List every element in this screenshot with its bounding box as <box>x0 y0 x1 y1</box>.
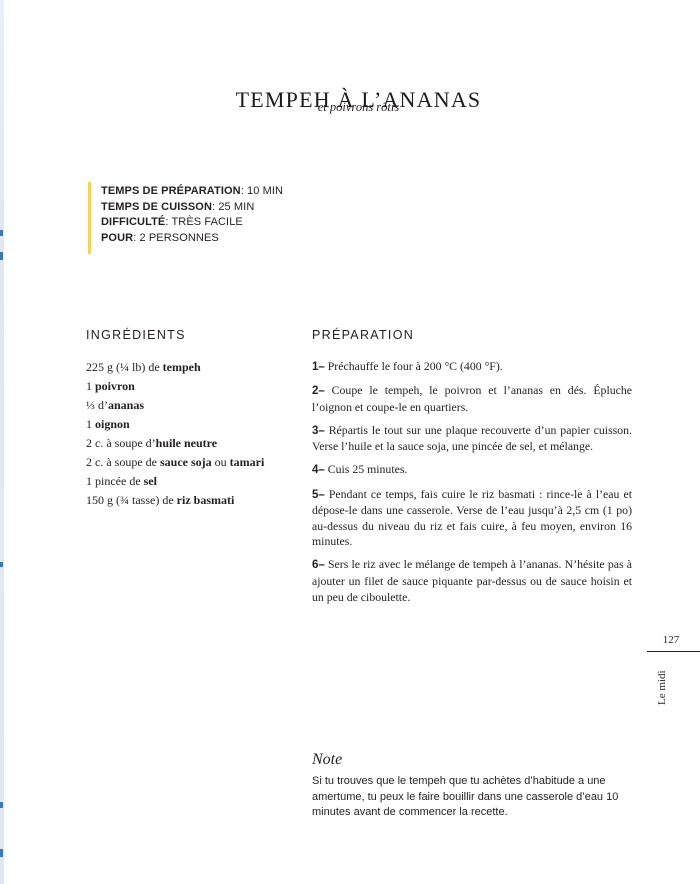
meta-prep-time: TEMPS DE PRÉPARATION: 10 MIN <box>101 184 283 200</box>
step-text: Coupe le tempeh, le poivron et l’ananas … <box>312 383 632 414</box>
preparation-step: 6– Sers le riz avec le mélange de tempeh… <box>312 557 632 605</box>
step-text: Préchauffe le four à 200 °C (400 °F). <box>325 359 503 373</box>
meta-servings: POUR: 2 PERSONNES <box>101 231 283 247</box>
ingredient-name: sauce soja <box>160 455 212 469</box>
ingredient-item: ⅓ d’ananas <box>86 396 296 415</box>
page-number-rule <box>647 651 700 652</box>
meta-label: TEMPS DE CUISSON <box>101 201 212 213</box>
step-number: 2– <box>312 385 325 397</box>
ingredient-item: 2 c. à soupe d’huile neutre <box>86 434 296 453</box>
meta-value: : 10 MIN <box>241 185 283 197</box>
preparation-step: 1– Préchauffe le four à 200 °C (400 °F). <box>312 359 632 376</box>
page-number: 127 <box>646 634 696 646</box>
meta-cook-time: TEMPS DE CUISSON: 25 MIN <box>101 200 283 216</box>
step-text: Répartis le tout sur une plaque recouver… <box>312 423 632 454</box>
ingredient-item: 2 c. à soupe de sauce soja ou tamari <box>86 453 296 472</box>
step-text: Pendant ce temps, fais cuire le riz basm… <box>312 487 632 549</box>
page-edge-mark <box>0 849 3 857</box>
step-number: 4– <box>312 464 325 476</box>
meta-difficulty: DIFFICULTÉ: TRÈS FACILE <box>101 215 283 231</box>
page-edge-mark <box>0 230 3 236</box>
ingredient-quantity: 225 g (¼ lb) de <box>86 360 163 374</box>
preparation-heading: PRÉPARATION <box>312 328 414 342</box>
ingredient-quantity: ou <box>212 455 230 469</box>
ingredient-name: riz basmati <box>177 493 235 507</box>
preparation-step: 4– Cuis 25 minutes. <box>312 462 632 479</box>
ingredient-quantity: 1 pincée de <box>86 474 144 488</box>
preparation-step: 2– Coupe le tempeh, le poivron et l’anan… <box>312 383 632 415</box>
meta-label: DIFFICULTÉ <box>101 216 165 228</box>
ingredient-quantity: 1 <box>86 379 95 393</box>
preparation-steps: 1– Préchauffe le four à 200 °C (400 °F).… <box>312 359 632 613</box>
recipe-subtitle: et poivrons rôtis <box>0 100 700 115</box>
page-edge-mark <box>0 802 3 808</box>
meta-value: : 2 PERSONNES <box>133 232 219 244</box>
step-number: 1– <box>312 361 325 373</box>
ingredient-name: huile neutre <box>156 436 217 450</box>
meta-value: : 25 MIN <box>212 201 254 213</box>
meta-label: TEMPS DE PRÉPARATION <box>101 185 241 197</box>
step-number: 6– <box>312 559 325 571</box>
step-number: 3– <box>312 425 325 437</box>
preparation-step: 5– Pendant ce temps, fais cuire le riz b… <box>312 487 632 550</box>
section-tab: Le midi <box>656 665 672 705</box>
ingredient-name: tempeh <box>163 360 201 374</box>
ingredient-name: poivron <box>95 379 135 393</box>
step-text: Cuis 25 minutes. <box>325 462 408 476</box>
ingredients-list: 225 g (¼ lb) de tempeh1 poivron⅓ d’anana… <box>86 358 296 510</box>
recipe-meta-block: TEMPS DE PRÉPARATION: 10 MIN TEMPS DE CU… <box>88 182 283 254</box>
note-body: Si tu trouves que le tempeh que tu achèt… <box>312 774 632 821</box>
ingredient-name: tamari <box>230 455 265 469</box>
step-number: 5– <box>312 489 325 501</box>
ingredient-item: 225 g (¼ lb) de tempeh <box>86 358 296 377</box>
ingredient-quantity: 150 g (¾ tasse) de <box>86 493 177 507</box>
page-edge-strip <box>0 0 4 884</box>
ingredient-item: 1 pincée de sel <box>86 472 296 491</box>
ingredient-item: 1 oignon <box>86 415 296 434</box>
ingredient-name: ananas <box>108 398 144 412</box>
ingredient-name: oignon <box>95 417 130 431</box>
ingredients-heading: INGRÉDIENTS <box>86 328 186 342</box>
meta-label: POUR <box>101 232 133 244</box>
meta-value: : TRÈS FACILE <box>165 216 243 228</box>
page-edge-mark <box>0 562 3 567</box>
note-title: Note <box>312 751 342 769</box>
ingredient-name: sel <box>144 474 157 488</box>
ingredient-quantity: ⅓ d’ <box>86 398 108 412</box>
ingredient-quantity: 2 c. à soupe d’ <box>86 436 156 450</box>
ingredient-quantity: 2 c. à soupe de <box>86 455 160 469</box>
ingredient-quantity: 1 <box>86 417 95 431</box>
ingredient-item: 1 poivron <box>86 377 296 396</box>
page-edge-mark <box>0 252 3 260</box>
preparation-step: 3– Répartis le tout sur une plaque recou… <box>312 423 632 455</box>
step-text: Sers le riz avec le mélange de tempeh à … <box>312 557 632 603</box>
ingredient-item: 150 g (¾ tasse) de riz basmati <box>86 491 296 510</box>
